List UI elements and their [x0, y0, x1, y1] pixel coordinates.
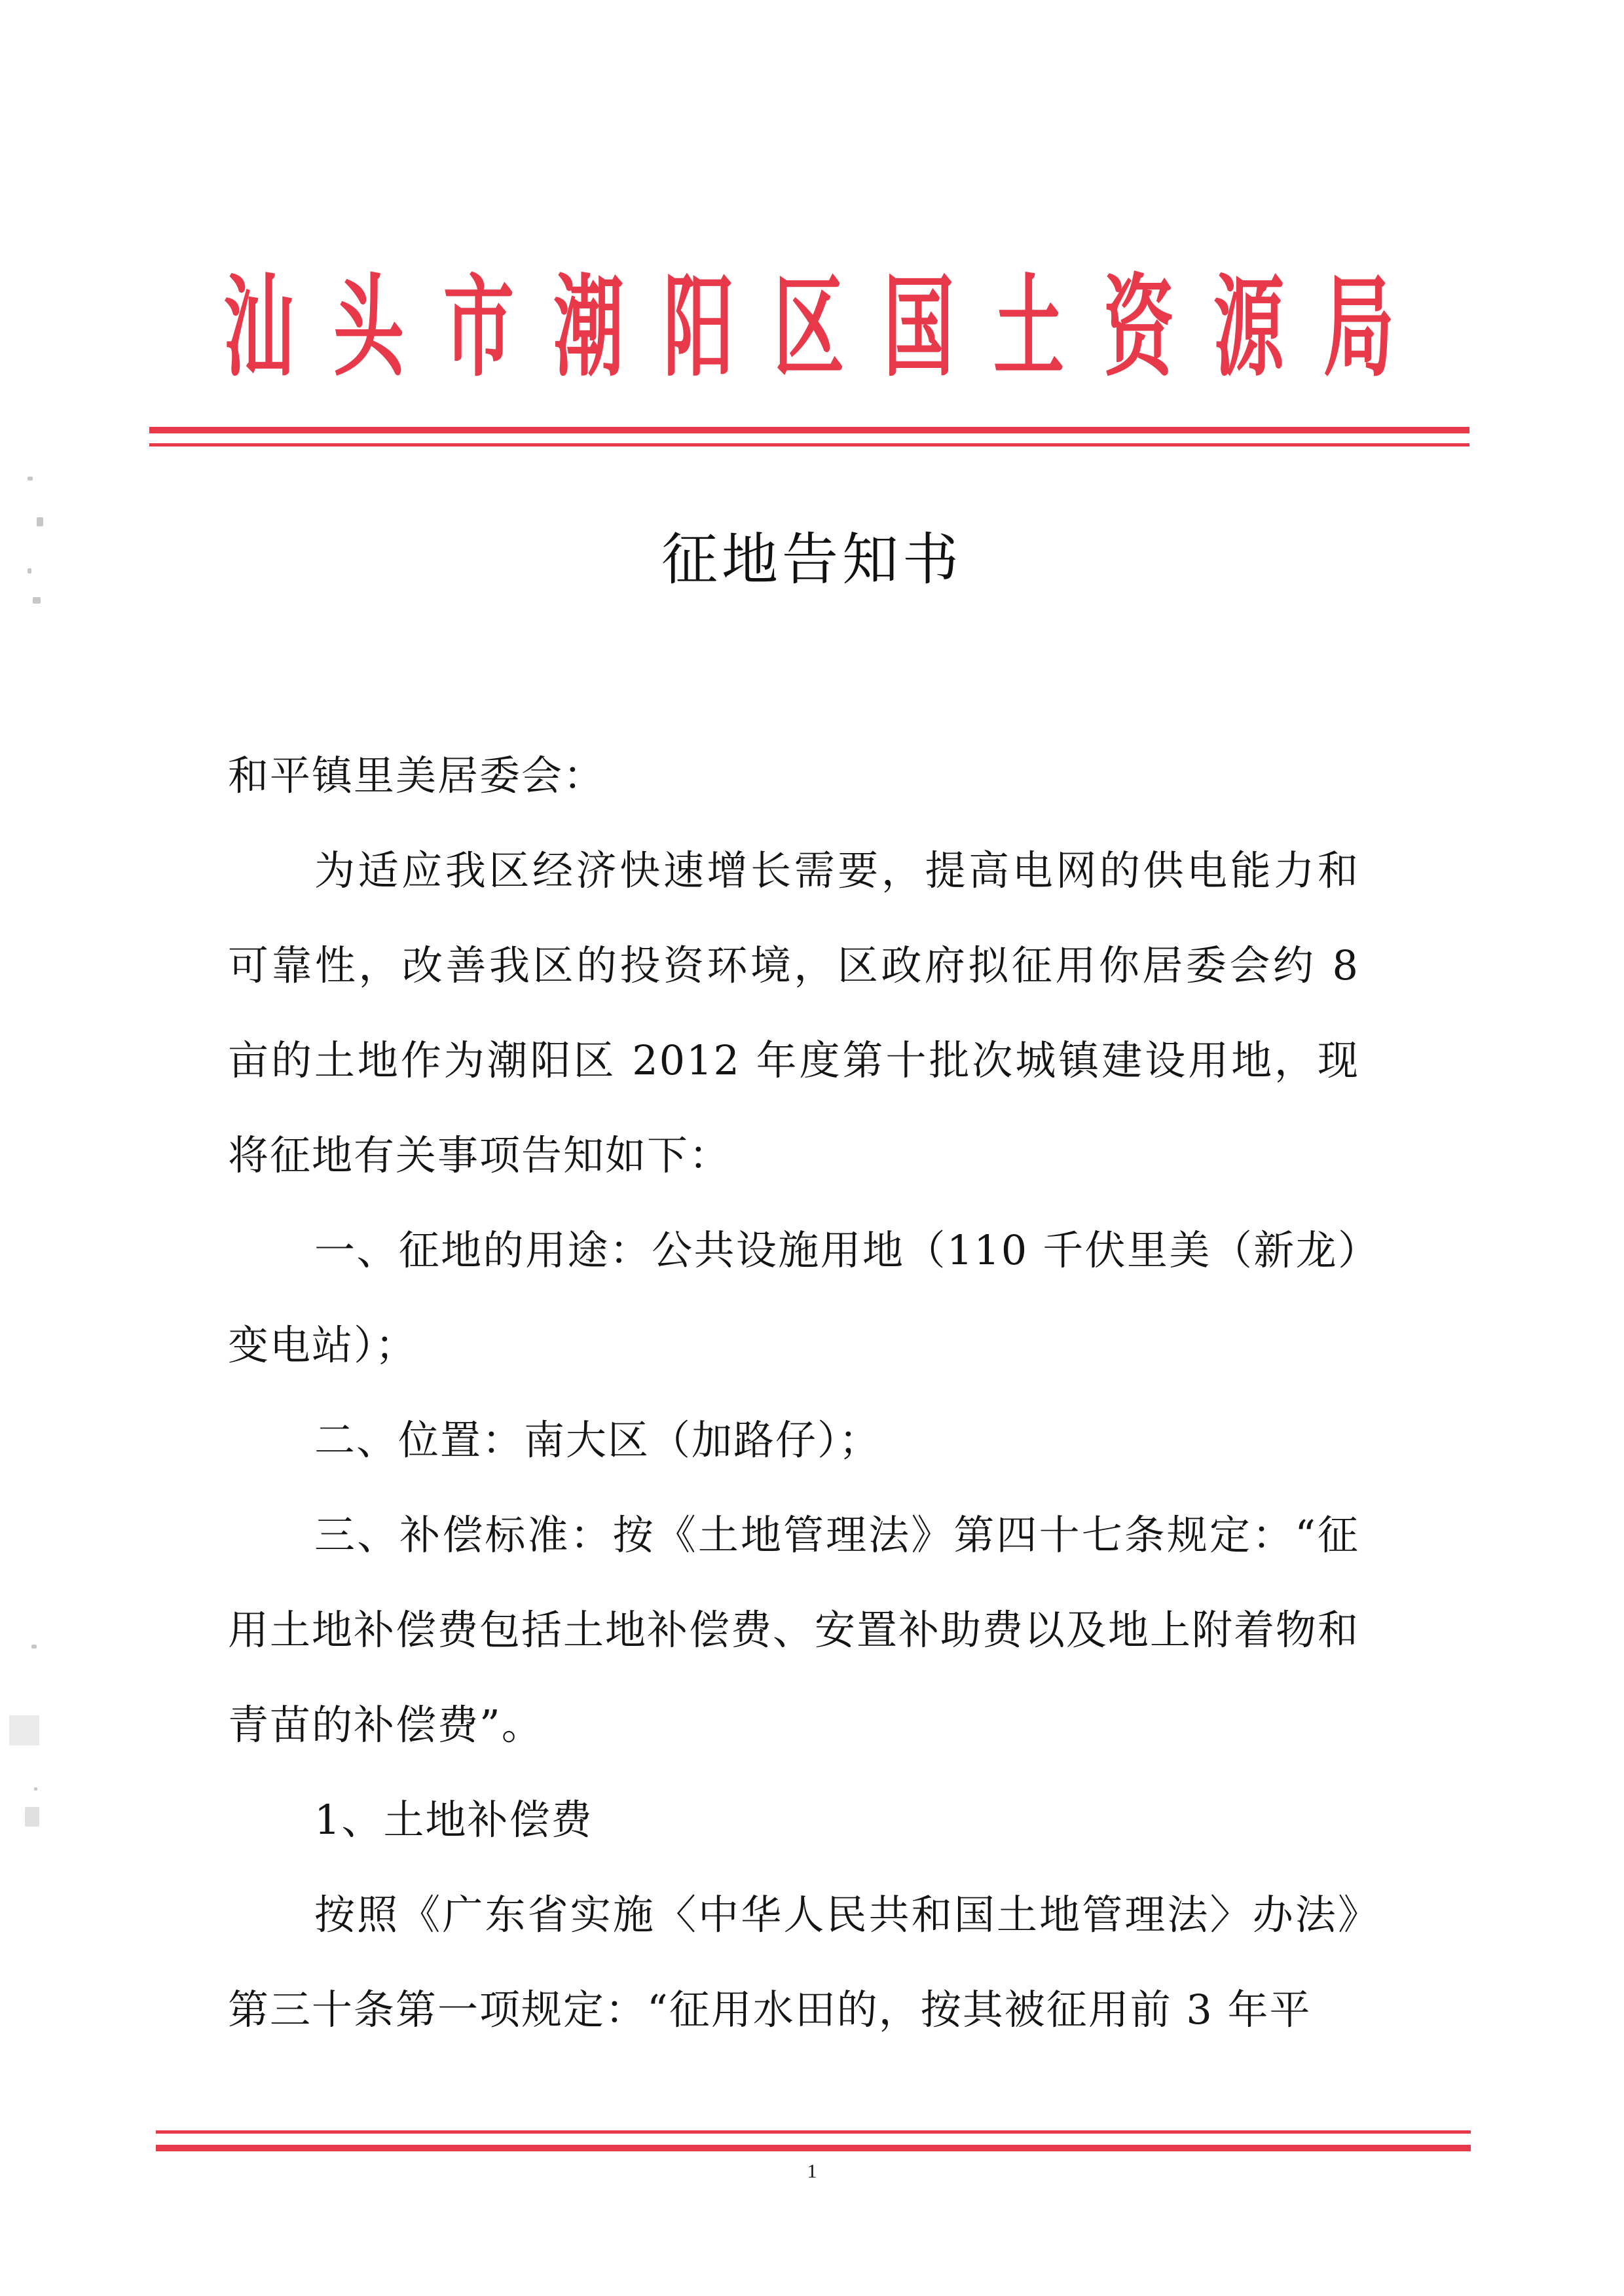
paragraph-purpose: 一、征地的用途：公共设施用地（110 千伏里美（新龙）变电站）； — [228, 1203, 1359, 1393]
masthead-char: 源 — [1213, 254, 1284, 401]
masthead-char: 阳 — [663, 254, 734, 401]
scan-artifact — [33, 597, 41, 604]
scan-artifact — [31, 1645, 37, 1649]
scan-artifact — [37, 517, 43, 526]
document-page: 汕 头 市 潮 阳 区 国 土 资 源 局 征地告知书 和平镇里美居委会： 为适… — [0, 0, 1624, 2296]
scan-artifact — [28, 568, 31, 574]
salutation: 和平镇里美居委会： — [228, 728, 1359, 823]
masthead-char: 市 — [443, 254, 514, 401]
masthead-char: 区 — [773, 254, 844, 401]
paragraph-compensation-standard: 三、补偿标准：按《土地管理法》第四十七条规定：“征用土地补偿费包括土地补偿费、安… — [228, 1487, 1359, 1772]
paragraph-location: 二、位置：南大区（加路仔）； — [228, 1393, 1359, 1487]
scan-artifact — [28, 477, 33, 481]
masthead-char: 国 — [883, 254, 954, 401]
masthead-char: 头 — [333, 254, 404, 401]
scan-artifact — [25, 1807, 39, 1827]
footer-rule-thick — [156, 2145, 1471, 2151]
page-number: 1 — [0, 2160, 1624, 2183]
masthead-char: 局 — [1323, 254, 1394, 401]
document-body: 和平镇里美居委会： 为适应我区经济快速增长需要，提高电网的供电能力和可靠性，改善… — [228, 728, 1359, 2057]
paragraph-intro: 为适应我区经济快速增长需要，提高电网的供电能力和可靠性，改善我区的投资环境，区政… — [228, 823, 1359, 1203]
header-rule-thin — [149, 443, 1469, 446]
subheading-land-compensation: 1、土地补偿费 — [228, 1772, 1359, 1867]
masthead-char: 土 — [993, 254, 1064, 401]
header-rule-thick — [149, 427, 1469, 433]
masthead-char: 资 — [1103, 254, 1174, 401]
masthead-char: 潮 — [553, 254, 624, 401]
footer-rule-thin — [156, 2130, 1471, 2134]
masthead-issuer: 汕 头 市 潮 阳 区 国 土 资 源 局 — [210, 262, 1408, 393]
scan-artifact — [34, 1787, 37, 1791]
scan-artifact — [9, 1715, 39, 1745]
masthead-char: 汕 — [223, 254, 294, 401]
paragraph-provincial-regulation: 按照《广东省实施〈中华人民共和国土地管理法〉办法》第三十条第一项规定：“征用水田… — [228, 1867, 1359, 2057]
document-title: 征地告知书 — [0, 524, 1624, 596]
